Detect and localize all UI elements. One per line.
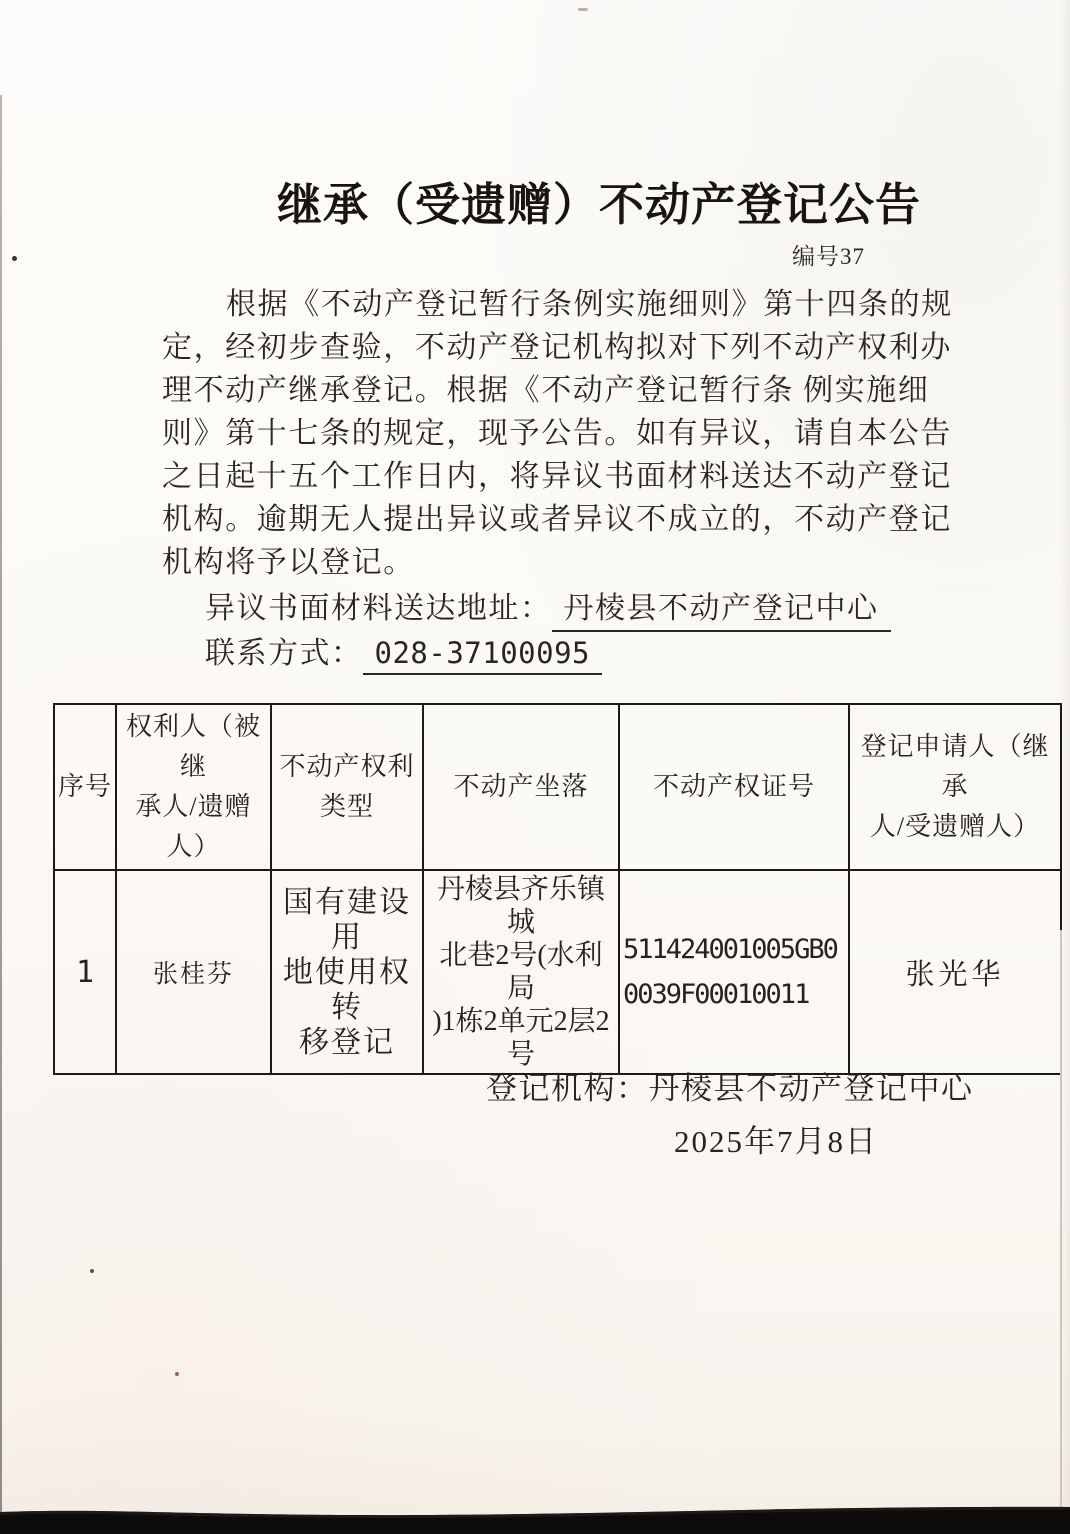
registry-line: 登记机构：丹棱县不动产登记中心 (486, 1063, 974, 1108)
body-line: 根据《不动产登记暂行条例实施细则》第十四条的规 (162, 283, 944, 326)
desk-edge (0, 1500, 1070, 1534)
header-cell-right-type: 不动产权利 类型 (271, 704, 423, 870)
cell-owner: 张桂芬 (116, 870, 271, 1074)
contact-phone-value: 028-37100095 (363, 636, 603, 675)
header-cell-applicant: 登记申请人（继承 人/受遗赠人） (849, 704, 1061, 870)
scan-right-shadow (1060, 0, 1070, 1534)
contact-line: 联系方式：028-37100095 (205, 628, 602, 675)
objection-address-value: 丹棱县不动产登记中心 (552, 583, 891, 632)
table-header-row: 序号 权利人（被继 承人/遗赠人） 不动产权利 类型 不动产坐落 不动产权证号 … (54, 704, 1061, 870)
registry-name: 丹棱县不动产登记中心 (649, 1071, 974, 1106)
header-cell-location: 不动产坐落 (423, 704, 619, 870)
paper-left-edge (0, 95, 2, 1534)
cell-seq: 1 (54, 870, 116, 1074)
body-line: 机构将予以登记。 (162, 541, 944, 584)
contact-label: 联系方式： (205, 637, 363, 670)
scan-speck (175, 1372, 179, 1376)
body-line: 之日起十五个工作日内，将异议书面材料送达不动产登记 (162, 455, 944, 498)
scanned-document-page: 继承（受遗赠）不动产登记公告 编号37 根据《不动产登记暂行条例实施细则》第十四… (0, 0, 1070, 1534)
scan-speck (578, 8, 588, 11)
header-cell-cert-no: 不动产权证号 (619, 704, 849, 870)
body-line: 则》第十七条的规定，现予公告。如有异议，请自本公告 (162, 412, 944, 455)
scan-speck (90, 1269, 94, 1273)
registry-label: 登记机构： (486, 1071, 649, 1106)
cell-applicant: 张光华 (849, 870, 1061, 1074)
body-paragraph: 根据《不动产登记暂行条例实施细则》第十四条的规 定，经初步查验，不动产登记机构拟… (162, 283, 944, 584)
cell-cert-no: 511424001005GB0 0039F00010011 (619, 870, 849, 1074)
objection-address-label: 异议书面材料送达地址： (205, 592, 552, 625)
table-row: 1 张桂芬 国有建设用 地使用权转 移登记 丹棱县齐乐镇城 北巷2号(水利局 )… (54, 870, 1061, 1074)
cell-location: 丹棱县齐乐镇城 北巷2号(水利局 )1栋2单元2层2 号 (423, 870, 619, 1074)
notice-date: 2025年7月8日 (674, 1116, 878, 1161)
cell-right-type: 国有建设用 地使用权转 移登记 (271, 870, 423, 1074)
scan-speck (12, 256, 17, 261)
body-line: 机构。逾期无人提出异议或者异议不成立的，不动产登记 (162, 498, 944, 541)
body-line: 定，经初步查验，不动产登记机构拟对下列不动产权利办 (162, 326, 944, 369)
body-line: 理不动产继承登记。根据《不动产登记暂行条 例实施细 (162, 369, 944, 412)
registration-table: 序号 权利人（被继 承人/遗赠人） 不动产权利 类型 不动产坐落 不动产权证号 … (53, 703, 1062, 1075)
header-cell-owner: 权利人（被继 承人/遗赠人） (116, 704, 271, 870)
page-title: 继承（受遗赠）不动产登记公告 (64, 168, 1070, 233)
header-cell-seq: 序号 (54, 704, 116, 870)
objection-address-line: 异议书面材料送达地址：丹棱县不动产登记中心 (205, 583, 891, 632)
doc-number: 编号37 (792, 238, 865, 271)
